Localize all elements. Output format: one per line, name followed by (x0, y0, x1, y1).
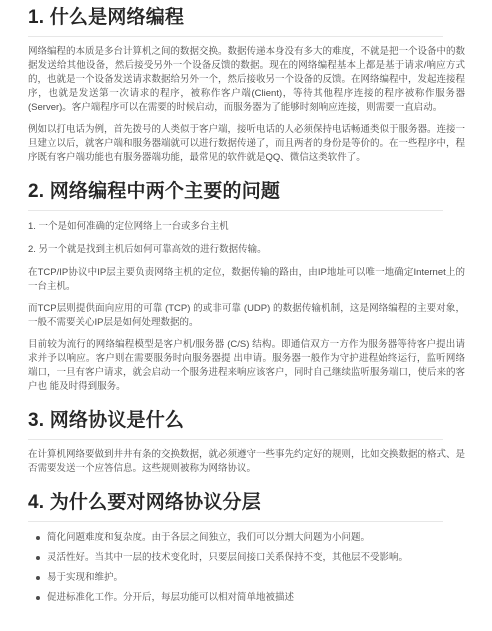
bullet-list: 简化问题难度和复杂度。由于各层之间独立，我们可以分割大问题为小问题。 灵活性好。… (28, 531, 465, 605)
section-heading: 3. 网络协议是什么 (28, 409, 443, 440)
section-heading: 2. 网络编程中两个主要的问题 (28, 180, 443, 211)
section-heading: 4. 为什么要对网络协议分层 (28, 491, 443, 522)
document: 1. 什么是网络编程 网络编程的本质是多台计算机之间的数据交换。数据传递本身没有… (0, 0, 492, 631)
paragraph: 例如以打电话为例，首先拨号的人类似于客户端，接听电话的人必须保持电话畅通类似于服… (28, 123, 465, 165)
section-what-is-network-programming: 1. 什么是网络编程 网络编程的本质是多台计算机之间的数据交换。数据传递本身没有… (28, 6, 465, 165)
numbered-item: 2. 另一个就是找到主机后如何可靠高效的进行数据传输。 (28, 243, 465, 257)
bullet-icon (36, 576, 40, 580)
list-item-text: 灵活性好。当其中一层的技术变化时，只要层间接口关系保持不变，其他层不受影响。 (47, 552, 408, 563)
paragraph: 在TCP/IP协议中IP层主要负责网络主机的定位，数据传输的路由，由IP地址可以… (28, 266, 465, 294)
paragraph: 网络编程的本质是多台计算机之间的数据交换。数据传递本身没有多大的难度，不就是把一… (28, 45, 465, 115)
bullet-icon (36, 536, 40, 540)
section-heading: 1. 什么是网络编程 (28, 6, 443, 37)
bullet-icon (36, 556, 40, 560)
bullet-icon (36, 596, 40, 600)
paragraph: 在计算机网络要做到井井有条的交换数据，就必须遵守一些事先约定好的规则，比如交换数… (28, 448, 465, 476)
paragraph: 而TCP层则提供面向应用的可靠 (TCP) 的或非可靠 (UDP) 的数据传输机… (28, 302, 465, 330)
list-item: 易于实现和维护。 (28, 571, 465, 585)
list-item-text: 促进标准化工作。分开后，每层功能可以相对简单地被描述 (47, 592, 294, 603)
section-why-layer-protocols: 4. 为什么要对网络协议分层 简化问题难度和复杂度。由于各层之间独立，我们可以分… (28, 491, 465, 605)
paragraph: 目前较为流行的网络编程模型是客户机/服务器 (C/S) 结构。即通信双方一方作为… (28, 338, 465, 394)
list-item-text: 简化问题难度和复杂度。由于各层之间独立，我们可以分割大问题为小问题。 (47, 532, 370, 543)
list-item-text: 易于实现和维护。 (47, 572, 123, 583)
numbered-item: 1. 一个是如何准确的定位网络上一台或多台主机 (28, 220, 465, 234)
section-two-main-problems: 2. 网络编程中两个主要的问题 1. 一个是如何准确的定位网络上一台或多台主机 … (28, 180, 465, 394)
list-item: 促进标准化工作。分开后，每层功能可以相对简单地被描述 (28, 591, 465, 605)
list-item: 灵活性好。当其中一层的技术变化时，只要层间接口关系保持不变，其他层不受影响。 (28, 551, 465, 565)
section-what-is-network-protocol: 3. 网络协议是什么 在计算机网络要做到井井有条的交换数据，就必须遵守一些事先约… (28, 409, 465, 476)
list-item: 简化问题难度和复杂度。由于各层之间独立，我们可以分割大问题为小问题。 (28, 531, 465, 545)
